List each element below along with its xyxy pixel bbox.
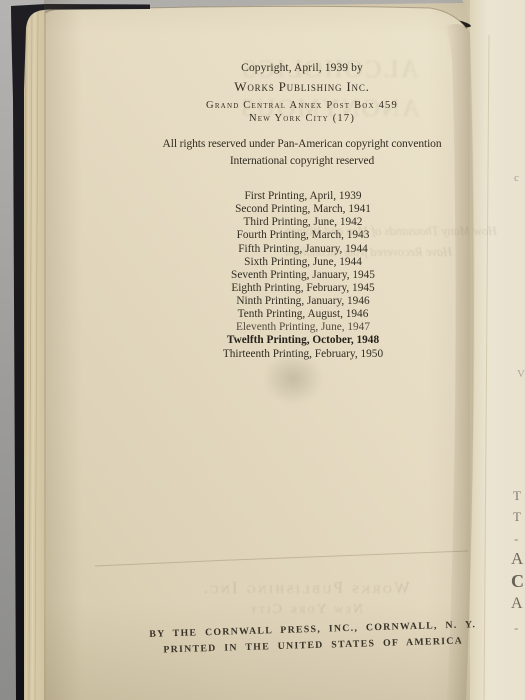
book-copyright-page-photo: ALCOHOLICS ANONYMOUS How Many Thousands … (0, 0, 525, 700)
photo-vignette (44, 0, 470, 700)
